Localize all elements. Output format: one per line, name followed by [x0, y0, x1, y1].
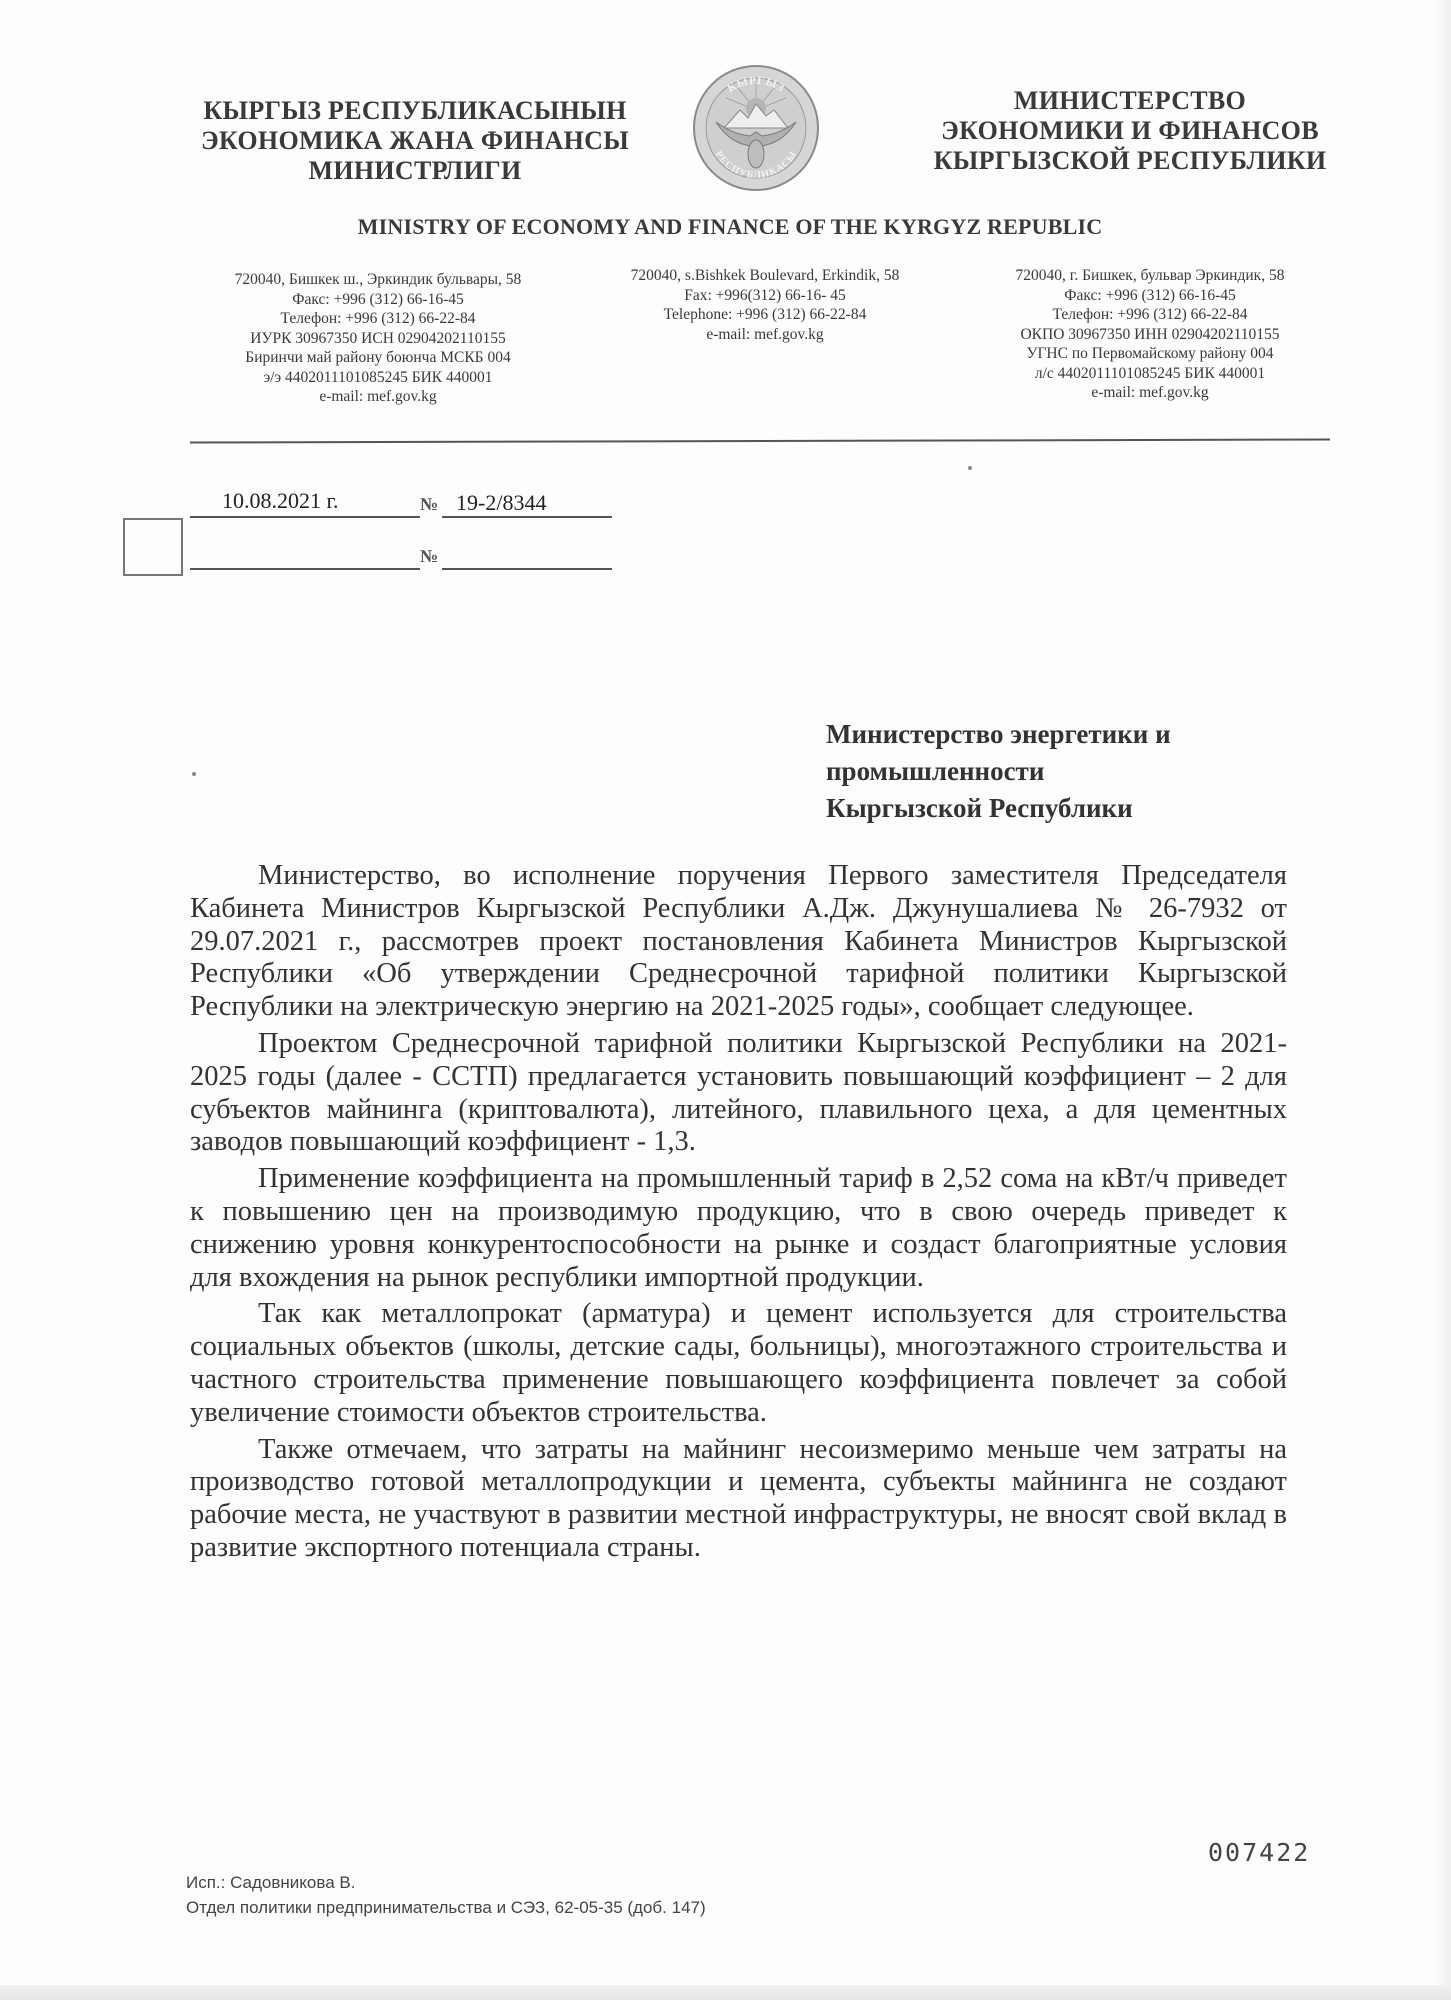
contact-line: Факс: +996 (312) 66-16-45 — [960, 286, 1340, 306]
contact-line: э/э 4402011101085245 БИК 440001 — [188, 368, 568, 388]
state-emblem-icon: КЫРГЫЗ РЕСПУБЛИКАСЫ — [690, 62, 822, 194]
addressee-line: промышленности — [826, 753, 1306, 790]
document-page: КЫРГЫЗ РЕСПУБЛИКАСЫНЫН ЭКОНОМИКА ЖАНА ФИ… — [0, 0, 1451, 2000]
scan-speck — [968, 466, 972, 470]
contact-line: 720040, г. Бишкек, бульвар Эркиндик, 58 — [960, 266, 1340, 286]
letterhead-kyrgyz-name: КЫРГЫЗ РЕСПУБЛИКАСЫНЫН ЭКОНОМИКА ЖАНА ФИ… — [180, 96, 650, 186]
contact-line: Fax: +996(312) 66-16- 45 — [580, 286, 950, 306]
contacts-kyrgyz: 720040, Бишкек ш., Эркиндик бульвары, 58… — [188, 270, 568, 407]
kyrgyz-name-line: МИНИСТРЛИГИ — [180, 156, 650, 186]
addressee-line: Кыргызской Республики — [826, 790, 1306, 827]
scan-edge-shadow — [0, 1985, 1451, 2000]
number-sign: № — [420, 494, 438, 515]
body-paragraph: Министерство, во исполнение поручения Пе… — [190, 860, 1287, 1024]
contact-line: ОКПО 30967350 ИНН 02904202110155 — [960, 325, 1340, 345]
addressee: Министерство энергетики и промышленности… — [826, 716, 1306, 827]
body-paragraph: Проектом Среднесрочной тарифной политики… — [190, 1028, 1287, 1159]
contacts-russian: 720040, г. Бишкек, бульвар Эркиндик, 58 … — [960, 266, 1340, 403]
registration-box — [123, 518, 183, 576]
stamp-number: 007422 — [1208, 1838, 1310, 1867]
second-number-line — [442, 568, 612, 570]
contact-line: УГНС по Первомайскому району 004 — [960, 344, 1340, 364]
contact-line: e-mail: mef.gov.kg — [580, 325, 950, 345]
body-paragraph: Также отмечаем, что затраты на майнинг н… — [190, 1434, 1287, 1565]
scan-edge-shadow — [1436, 0, 1451, 1990]
date-line — [190, 516, 420, 518]
russian-name-line: МИНИСТЕРСТВО — [910, 86, 1350, 116]
scan-speck — [192, 772, 196, 776]
second-date-line — [190, 568, 420, 570]
body-paragraph: Так как металлопрокат (арматура) и цемен… — [190, 1298, 1287, 1429]
kyrgyz-name-line: ЭКОНОМИКА ЖАНА ФИНАНСЫ — [180, 126, 650, 156]
executor-department: Отдел политики предпринимательства и СЭЗ… — [186, 1895, 706, 1920]
letterhead-english-name: MINISTRY OF ECONOMY AND FINANCE OF THE K… — [180, 214, 1280, 240]
second-number-sign: № — [420, 546, 438, 567]
russian-name-line: КЫРГЫЗСКОЙ РЕСПУБЛИКИ — [910, 146, 1350, 176]
addressee-line: Министерство энергетики и — [826, 716, 1306, 753]
contact-line: Факс: +996 (312) 66-16-45 — [188, 290, 568, 310]
body-paragraph: Применение коэффициента на промышленный … — [190, 1163, 1287, 1294]
executor-footer: Исп.: Садовникова В. Отдел политики пред… — [186, 1870, 706, 1920]
registration-number: 19-2/8344 — [456, 490, 546, 516]
contact-line: Телефон: +996 (312) 66-22-84 — [188, 309, 568, 329]
contacts-english: 720040, s.Bishkek Boulevard, Erkindik, 5… — [580, 266, 950, 344]
kyrgyz-name-line: КЫРГЫЗ РЕСПУБЛИКАСЫНЫН — [180, 96, 650, 126]
number-line — [442, 516, 612, 518]
letterhead-russian-name: МИНИСТЕРСТВО ЭКОНОМИКИ И ФИНАНСОВ КЫРГЫЗ… — [910, 86, 1350, 176]
contact-line: л/с 4402011101085245 БИК 440001 — [960, 364, 1340, 384]
contact-line: ИУРК 30967350 ИСН 02904202110155 — [188, 329, 568, 349]
contact-line: Telephone: +996 (312) 66-22-84 — [580, 305, 950, 325]
registration-date: 10.08.2021 г. — [222, 488, 339, 514]
contact-line: e-mail: mef.gov.kg — [960, 383, 1340, 403]
contact-line: Биринчи май району боюнча МСКБ 004 — [188, 348, 568, 368]
letter-body: Министерство, во исполнение поручения Пе… — [190, 860, 1287, 1565]
contact-line: 720040, s.Bishkek Boulevard, Erkindik, 5… — [580, 266, 950, 286]
contact-line: 720040, Бишкек ш., Эркиндик бульвары, 58 — [188, 270, 568, 290]
contact-line: e-mail: mef.gov.kg — [188, 387, 568, 407]
contact-line: Телефон: +996 (312) 66-22-84 — [960, 305, 1340, 325]
letterhead-divider — [190, 439, 1330, 444]
executor-name: Исп.: Садовникова В. — [186, 1870, 706, 1895]
russian-name-line: ЭКОНОМИКИ И ФИНАНСОВ — [910, 116, 1350, 146]
